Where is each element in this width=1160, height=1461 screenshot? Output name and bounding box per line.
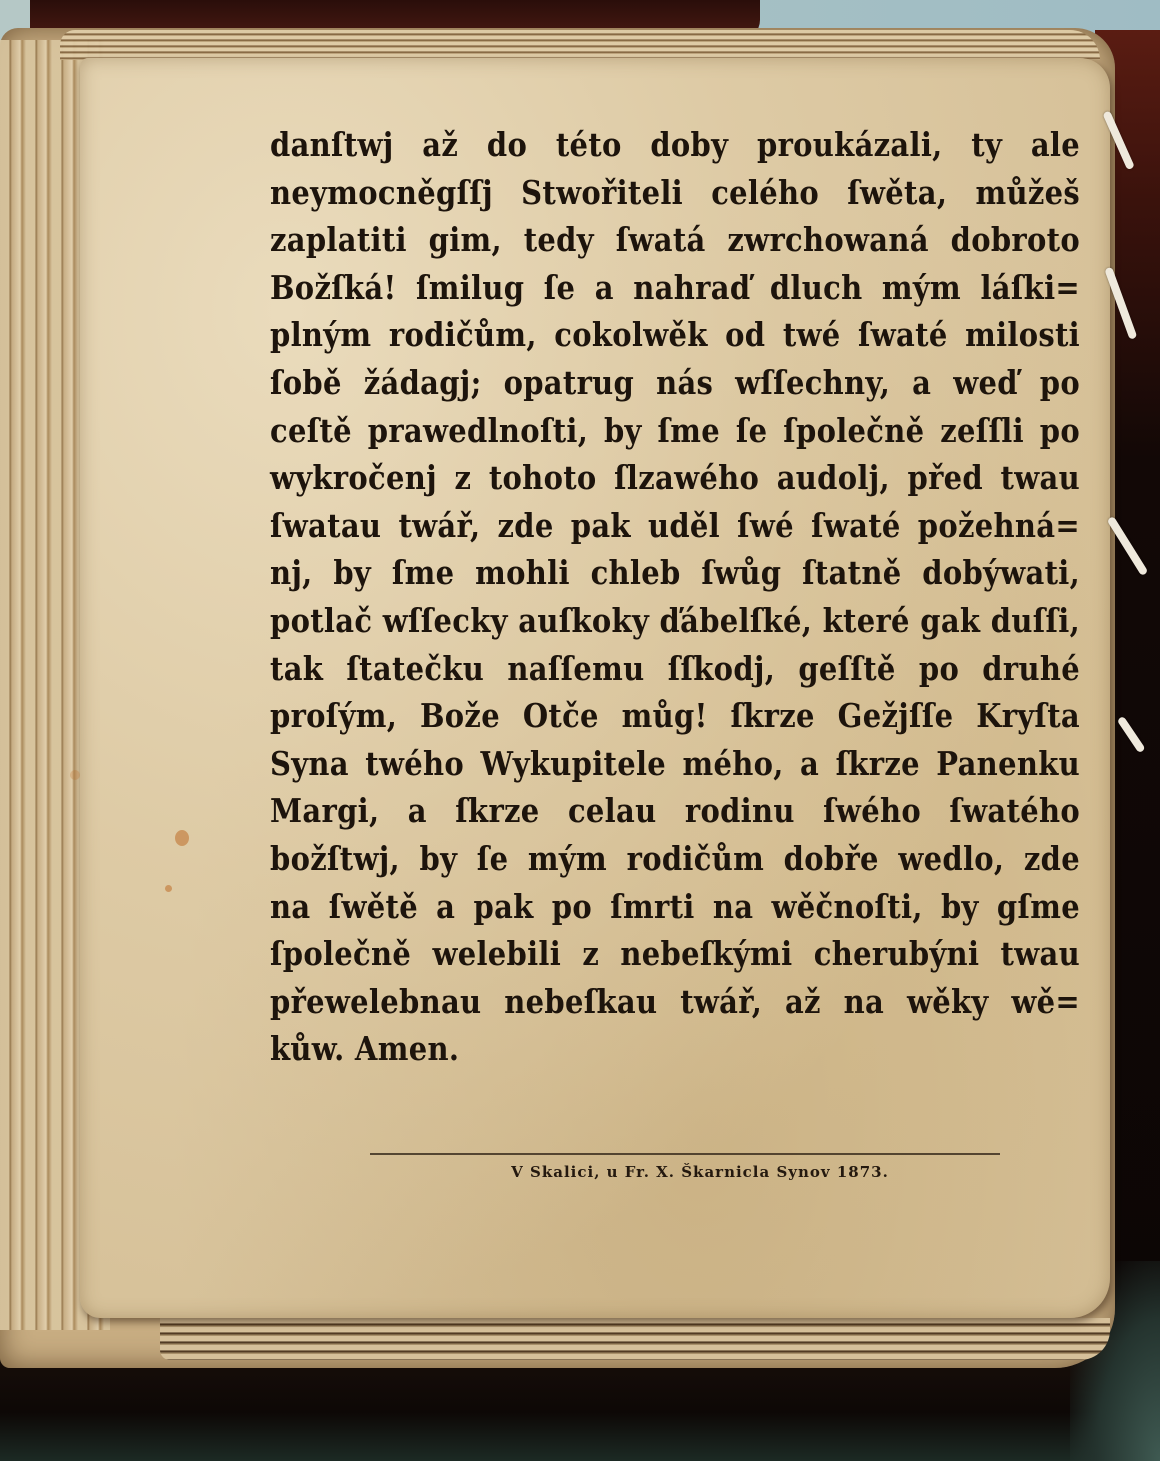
foxing-stain bbox=[70, 770, 80, 780]
text-line: ceſtě prawedlnoſti, by ſme ſe ſpolečně z… bbox=[270, 405, 1080, 458]
text-line: na ſwětě a pak po ſmrti na wěčnoſti, by … bbox=[270, 881, 1080, 934]
foxing-stain bbox=[175, 830, 189, 846]
text-line: neymocněgſſj Stwořiteli celého ſwěta, mů… bbox=[270, 167, 1080, 220]
page-edge-bottom bbox=[160, 1318, 1110, 1360]
foxing-stain bbox=[165, 885, 172, 892]
text-line: přewelebnau nebeſkau twář, až na wěky wě… bbox=[270, 976, 1080, 1029]
text-line: potlač wſſecky auſkoky ďábelſké, které g… bbox=[270, 595, 1080, 648]
text-line: ſwatau twář, zde pak uděl ſwé ſwaté pože… bbox=[270, 500, 1080, 553]
page-edge-top bbox=[60, 30, 1100, 60]
text-line: proſým, Bože Otče můg! ſkrze Gežjſſe Kry… bbox=[270, 690, 1080, 743]
text-line: danſtwj až do této doby proukázali, ty a… bbox=[270, 119, 1080, 172]
printer-imprint: V Skalici, u Fr. X. Škarnicla Synov 1873… bbox=[380, 1163, 1020, 1181]
text-line: Margi, a ſkrze celau rodinu ſwého ſwatéh… bbox=[270, 785, 1080, 838]
page-text: danſtwj až do této doby proukázali, ty a… bbox=[270, 122, 1080, 1074]
text-line: Syna twého Wykupitele mého, a ſkrze Pane… bbox=[270, 738, 1080, 791]
text-line: zaplatiti gim, tedy ſwatá zwrchowaná dob… bbox=[270, 214, 1080, 267]
text-line: Božſká! ſmilug ſe a nahraď dluch mým láſ… bbox=[270, 262, 1080, 315]
text-line: tak ſtatečku naſſemu ſſkodj, geſſtě po d… bbox=[270, 643, 1080, 696]
text-line: wykročenj z tohoto ſlzawého audolj, před… bbox=[270, 452, 1080, 505]
text-line: ſobě žádagj; opatrug nás wſſechny, a weď… bbox=[270, 357, 1080, 410]
imprint-rule bbox=[370, 1153, 1000, 1155]
text-line: nj, by ſme mohli chleb ſwůg ſtatně dobýw… bbox=[270, 547, 1080, 600]
text-line: ſpolečně welebili z nebeſkými cherubýni … bbox=[270, 928, 1080, 981]
text-line-last: kůw. Amen. bbox=[270, 1023, 1080, 1076]
text-line: plným rodičům, cokolwěk od twé ſwaté mil… bbox=[270, 310, 1080, 363]
text-line: božſtwj, by ſe mým rodičům dobře wedlo, … bbox=[270, 833, 1080, 886]
